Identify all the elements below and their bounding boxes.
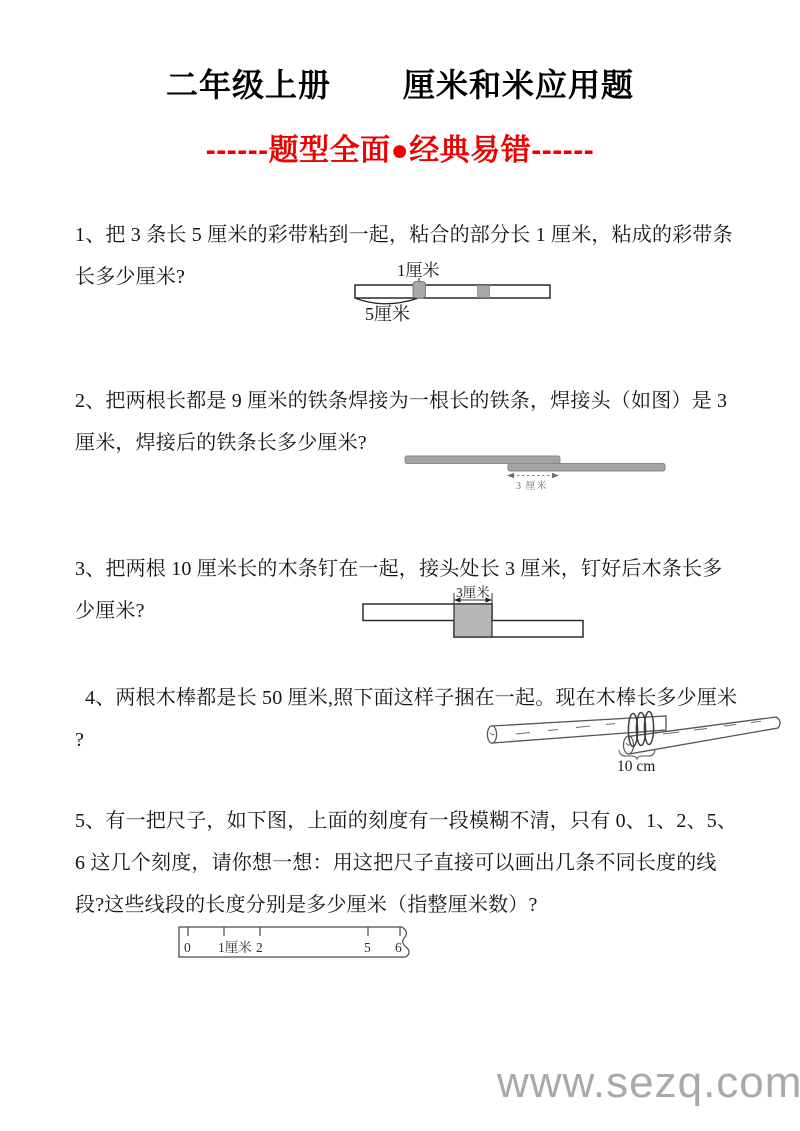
glue-joint-1 [413, 282, 426, 299]
problem-1-line-1: 1、把 3 条长 5 厘米的彩带粘到一起，粘合的部分长 1 厘米，粘成的彩带条 [75, 222, 733, 248]
problem-3-line-1: 3、把两根 10 厘米长的木条钉在一起，接头处长 3 厘米，钉好后木条长多 [75, 556, 722, 582]
problem-4-line-2: ? [75, 727, 84, 753]
iron-bar-upper [405, 456, 560, 464]
problem-1-line-2: 长多少厘米? [75, 264, 185, 290]
ruler-torn-edge [402, 927, 409, 957]
ruler-label-5: 5 [364, 940, 371, 955]
ribbon-length-label: 5厘米 [365, 304, 410, 324]
ruler-ticks [188, 928, 400, 937]
problem-1-diagram: 1厘米 5厘米 [340, 256, 570, 328]
problem-2-line-2: 厘米，焊接后的铁条长多少厘米? [75, 430, 367, 456]
overlap-length-label: 10 cm [617, 758, 655, 775]
ribbon-bar [355, 285, 550, 298]
iron-bar-lower [508, 464, 665, 472]
ruler-label-2: 2 [256, 940, 263, 955]
ruler-label-1cm: 1厘米 [218, 939, 252, 955]
page-title: 二年级上册 厘米和米应用题 [0, 66, 800, 104]
subtitle-banner: ------题型全面●经典易错------ [0, 133, 800, 169]
ruler-outline [179, 927, 406, 957]
glue-joint-2 [478, 286, 490, 298]
problem-3-diagram: 3厘米 [350, 580, 595, 642]
problem-5-line-2: 6 这几个刻度，请你想一想：用这把尺子直接可以画出几条不同长度的线 [75, 850, 717, 876]
watermark: www.sezq.com [497, 1058, 800, 1108]
ribbon-joint-length-label: 1厘米 [397, 261, 440, 280]
ribbon-span-arc [356, 299, 417, 304]
title-grade: 二年级上册 [166, 66, 331, 104]
joint-overlap-area [454, 604, 492, 637]
problem-4-diagram: 10 cm [478, 700, 800, 778]
problem-5-line-1: 5、有一把尺子，如下图，上面的刻度有一段模糊不清，只有 0、1、2、5、 [75, 808, 737, 834]
worksheet-page: 二年级上册 厘米和米应用题 ------题型全面●经典易错------ 1、把 … [0, 0, 800, 1131]
arrowhead-left [507, 473, 514, 479]
joint-length-label: 3厘米 [456, 584, 490, 600]
ruler-label-0: 0 [184, 940, 191, 955]
arrowhead-right [552, 473, 559, 479]
problem-2-line-1: 2、把两根长都是 9 厘米的铁条焊接为一根长的铁条，焊接头（如图）是 3 [75, 388, 727, 414]
ruler-label-6: 6 [395, 940, 402, 955]
ruler-tick-labels: 0 1厘米 2 5 6 [184, 939, 402, 955]
title-topic: 厘米和米应用题 [403, 66, 634, 104]
problem-5-ruler-diagram: 0 1厘米 2 5 6 [170, 915, 420, 965]
problem-2-diagram: 3 厘米 [395, 450, 675, 495]
weld-length-label: 3 厘米 [516, 479, 548, 492]
problem-3-line-2: 少厘米? [75, 598, 145, 624]
